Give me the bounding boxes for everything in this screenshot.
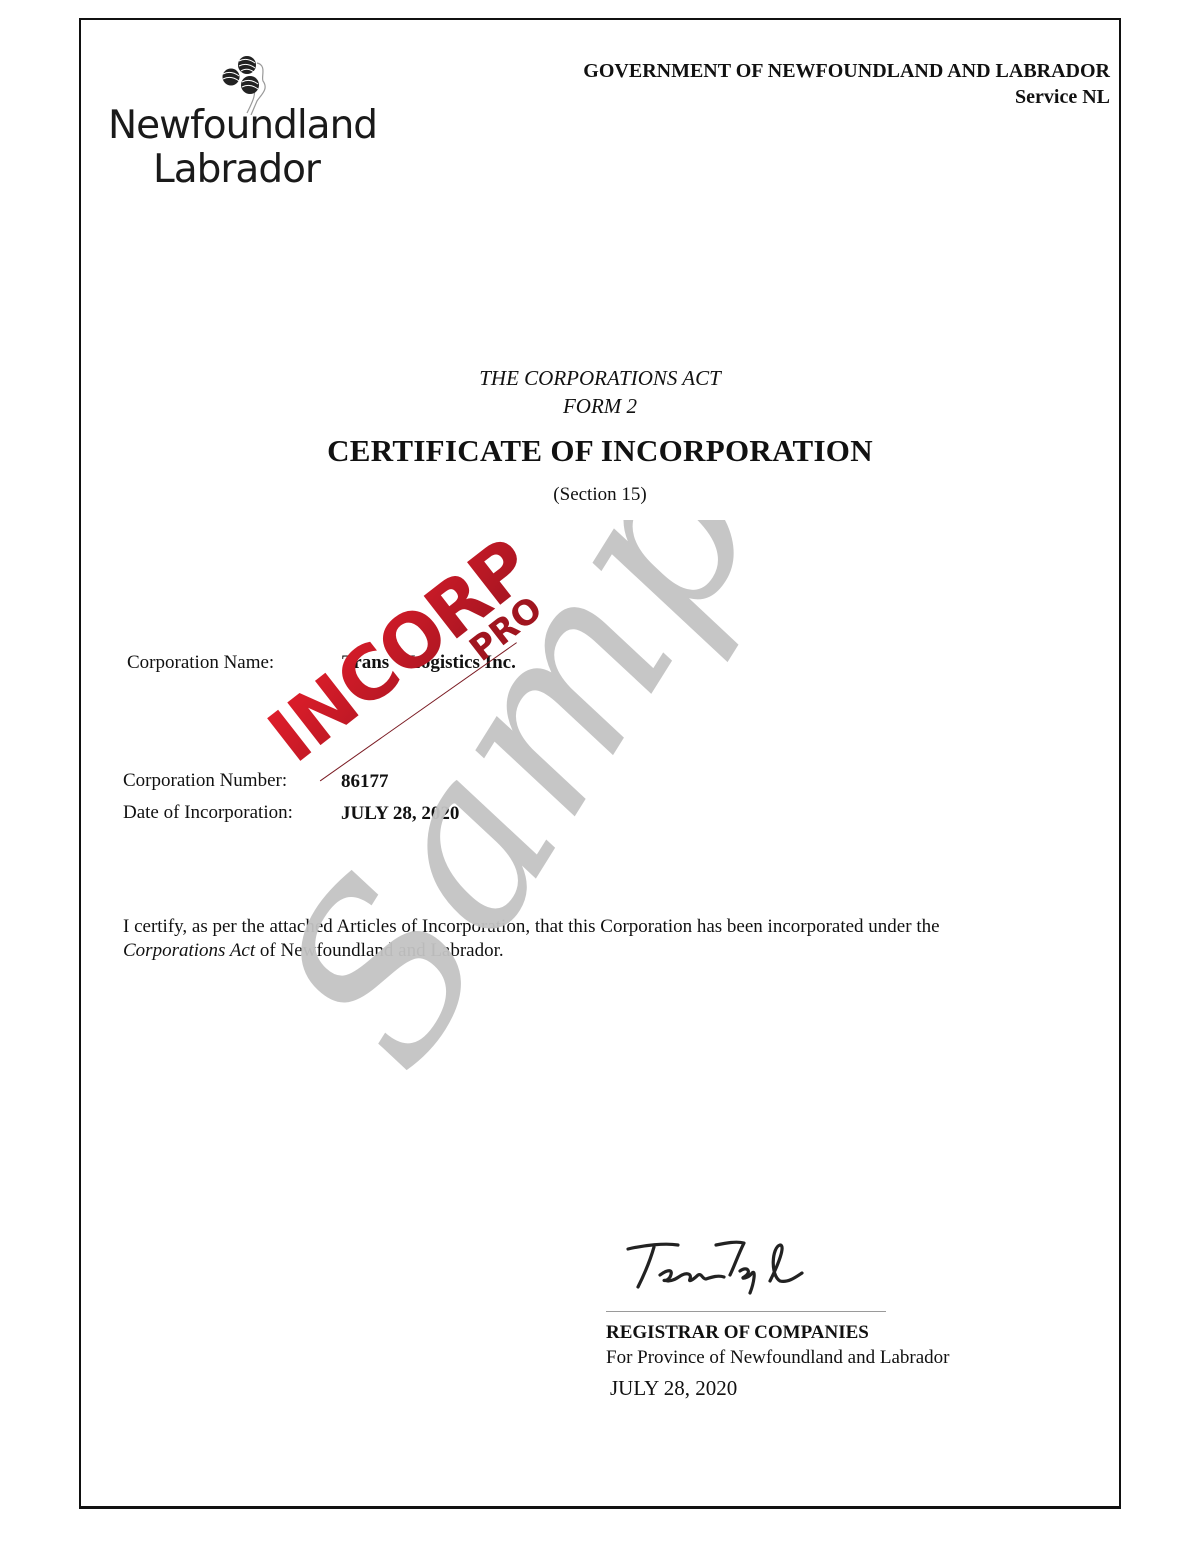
registrar-province: For Province of Newfoundland and Labrado… [606, 1347, 949, 1369]
nl-government-logo: Newfoundland Labrador [105, 55, 375, 195]
certification-statement: I certify, as per the attached Articles … [123, 915, 1083, 963]
corporation-name-label: Corporation Name: [127, 652, 274, 674]
certificate-page [79, 18, 1121, 1509]
certification-line-2: Corporations Act of Newfoundland and Lab… [123, 939, 1083, 963]
government-name: GOVERNMENT OF NEWFOUNDLAND AND LABRADOR [583, 58, 1110, 84]
department-name: Service NL [583, 84, 1110, 110]
corporation-number-value: 86177 [341, 771, 389, 793]
signature-line [606, 1311, 886, 1312]
certification-line-1: I certify, as per the attached Articles … [123, 915, 1083, 939]
signature-date: JULY 28, 2020 [610, 1376, 737, 1401]
logo-text-labrador: Labrador [153, 147, 320, 192]
act-name: THE CORPORATIONS ACT [0, 366, 1200, 391]
registrar-title: REGISTRAR OF COMPANIES [606, 1322, 869, 1344]
form-number: FORM 2 [0, 394, 1200, 419]
certification-line-2-rest: of Newfoundland and Labrador. [255, 940, 504, 961]
logo-text-newfoundland: Newfoundland [108, 103, 377, 148]
registrar-signature [620, 1235, 840, 1305]
corporation-number-label: Corporation Number: [123, 770, 287, 792]
government-header: GOVERNMENT OF NEWFOUNDLAND AND LABRADOR … [583, 58, 1110, 110]
date-of-incorporation-label: Date of Incorporation: [123, 802, 293, 824]
corporation-name-value: Trans Logistics Inc. [342, 652, 516, 674]
act-title-italic: Corporations Act [123, 940, 255, 961]
section-reference: (Section 15) [0, 484, 1200, 506]
date-of-incorporation-value: JULY 28, 2020 [341, 803, 459, 825]
certificate-title: CERTIFICATE OF INCORPORATION [0, 433, 1200, 469]
